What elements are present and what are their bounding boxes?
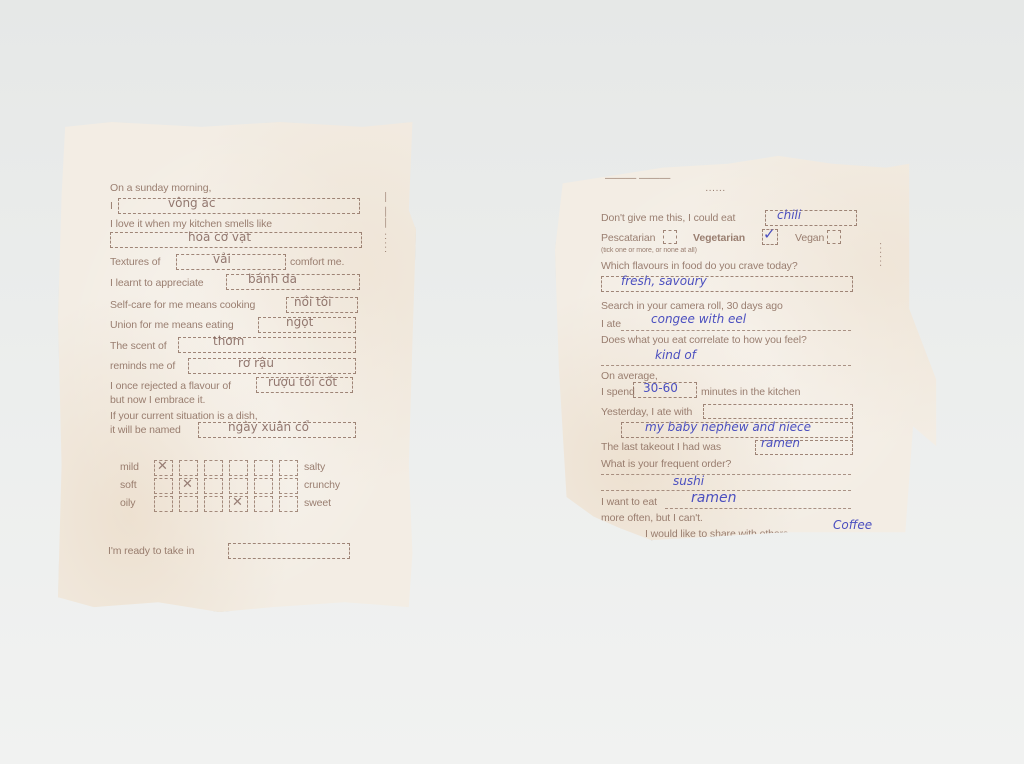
answer: ngọt	[286, 315, 313, 329]
grid-left-label: soft	[120, 479, 137, 491]
option-label: Vegetarian	[693, 232, 745, 244]
answer: sushi	[673, 474, 704, 488]
answer: kind of	[655, 348, 696, 362]
grid-checkbox[interactable]	[279, 478, 298, 494]
grid-checkbox[interactable]	[229, 496, 248, 512]
prompt: I love it when my kitchen smells like	[110, 218, 272, 230]
prompt: I ate	[601, 318, 621, 330]
grid-checkbox[interactable]	[179, 460, 198, 476]
prompt: I want to eat	[601, 496, 657, 508]
prompt: but now I embrace it.	[110, 394, 205, 406]
subheader-stamp: ······	[705, 184, 725, 196]
answer: rơ rậu	[238, 356, 274, 370]
prompt: Self-care for me means cooking	[110, 299, 255, 311]
side-stamp: ······	[875, 242, 886, 268]
side-stamp: — —— ·····	[380, 192, 391, 254]
prompt: I would like to share with others	[645, 528, 788, 540]
answer: congee with eel	[651, 312, 746, 326]
answer: ramen	[691, 490, 736, 506]
answer: rượu tỏi cốt	[268, 375, 337, 389]
option-label: Pescatarian	[601, 232, 655, 244]
footer-prompt: I'm ready to take in	[108, 545, 194, 557]
answer: my baby nephew and niece	[645, 420, 811, 434]
answer-line	[665, 508, 851, 509]
bottom-rule	[625, 540, 825, 541]
grid-checkbox[interactable]	[154, 496, 173, 512]
grid-checkbox[interactable]	[179, 478, 198, 494]
prompt: I learnt to appreciate	[110, 277, 204, 289]
grid-checkbox[interactable]	[279, 496, 298, 512]
questionnaire-card-right: ——— ——— ······ ······ Don't give me this…	[555, 152, 940, 544]
grid-checkbox[interactable]	[204, 496, 223, 512]
prompt: Union for me means eating	[110, 319, 234, 331]
answer-box	[703, 404, 853, 419]
prompt: Don't give me this, I could eat	[601, 212, 735, 224]
prompt: I spend	[601, 386, 635, 398]
prompt: Yesterday, I ate with	[601, 406, 692, 418]
prompt: On a sunday morning,	[110, 182, 211, 194]
prompt: Which flavours in food do you crave toda…	[601, 260, 798, 272]
grid-checkbox[interactable]	[254, 478, 273, 494]
grid-right-label: sweet	[304, 497, 331, 509]
vegan-checkbox[interactable]	[827, 230, 841, 244]
answer-box	[118, 198, 360, 214]
prompt-suffix: minutes in the kitchen	[701, 386, 800, 398]
grid-checkbox[interactable]	[179, 496, 198, 512]
answer: fresh, savoury	[621, 274, 707, 288]
grid-checkbox[interactable]	[279, 460, 298, 476]
answer: vải	[213, 252, 231, 266]
grid-checkbox[interactable]	[254, 460, 273, 476]
answer: thơm	[213, 334, 244, 348]
grid-checkbox[interactable]	[229, 478, 248, 494]
answer-line	[601, 474, 851, 475]
answer: ramen	[761, 436, 800, 450]
answer: hoa cơ vạt	[188, 230, 251, 244]
answer-line	[621, 330, 851, 331]
grid-checkbox[interactable]	[254, 496, 273, 512]
prompt: What is your frequent order?	[601, 458, 731, 470]
option-label: Vegan	[795, 232, 824, 244]
questionnaire-card-left: — —— ····· On a sunday morning, I vông ă…	[58, 122, 416, 612]
grid-checkbox[interactable]	[204, 460, 223, 476]
answer-line	[601, 365, 851, 366]
prompt: I once rejected a flavour of	[110, 380, 231, 392]
prompt: The scent of	[110, 340, 167, 352]
grid-checkbox[interactable]	[154, 460, 173, 476]
prompt-suffix: comfort me.	[290, 256, 344, 268]
prompt: it will be named	[110, 424, 181, 436]
footer-answer-box	[228, 543, 350, 559]
answer-box	[176, 254, 286, 270]
answer: nồi tôi	[294, 295, 331, 309]
grid-right-label: salty	[304, 461, 325, 473]
grid-right-label: crunchy	[304, 479, 340, 491]
grid-left-label: mild	[120, 461, 139, 473]
answer: vông ăc	[168, 196, 215, 210]
grid-left-label: oily	[120, 497, 135, 509]
hint-text: (tick one or more, or none at all)	[601, 247, 697, 254]
prompt: reminds me of	[110, 360, 175, 372]
answer: bánh da	[248, 272, 297, 286]
check-mark: ✓	[763, 225, 776, 243]
grid-checkbox[interactable]	[204, 478, 223, 494]
prompt: more often, but I can't.	[601, 512, 703, 524]
header-stamp: ——— ———	[605, 172, 670, 184]
answer-box	[178, 337, 356, 353]
prompt: The last takeout I had was	[601, 441, 721, 453]
answer: Coffee	[833, 518, 872, 532]
grid-checkbox[interactable]	[154, 478, 173, 494]
answer: 30-60	[643, 381, 678, 395]
prompt: Search in your camera roll, 30 days ago	[601, 300, 783, 312]
grid-checkbox[interactable]	[229, 460, 248, 476]
prompt: I	[110, 200, 113, 212]
answer: chili	[777, 208, 801, 222]
prompt: Does what you eat correlate to how you f…	[601, 334, 807, 346]
answer: ngày xuân cổ	[228, 420, 309, 434]
prompt: Textures of	[110, 256, 160, 268]
pescatarian-checkbox[interactable]	[663, 230, 677, 244]
